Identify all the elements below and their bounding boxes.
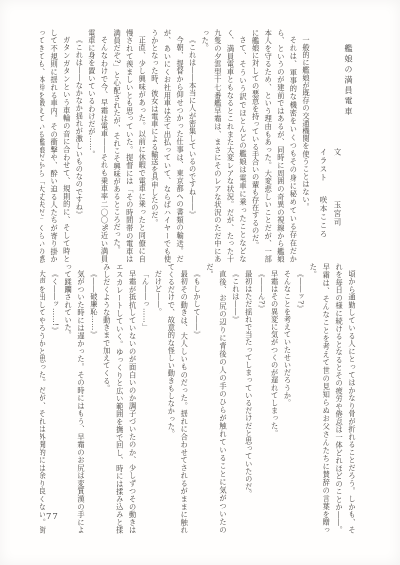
credits-block: 文玉宮司 イラスト咲本こころ	[316, 148, 344, 278]
story-paragraph: 正直、少し興味があった。以前に休暇で電車に乗ったと同僚に自慢されて羨ましいとも思…	[111, 29, 149, 263]
story-paragraph: 一般的に艦娘が既存の交通機関を使うことはない。	[299, 29, 312, 263]
page-number: 77	[46, 512, 59, 522]
story-paragraph: 直後、お尻の辺りに背後の人の手のひらが触れていることに気がついたのだ。	[203, 263, 229, 534]
story-paragraph: 《く――ッ……!》	[48, 263, 61, 534]
story-paragraph: 《これは――》	[229, 263, 242, 534]
story-paragraph: 大声を出してやろうかと思った。だが、それは外聞的には余り良くない。街中で艦娘が目…	[40, 263, 48, 534]
story-paragraph: 《――破廉恥……》	[87, 263, 100, 534]
story-paragraph: ガタンガタンという車輪の音に合わせて、規則的に、そして時として不規則に揺れる車内…	[40, 29, 73, 263]
credit-illust: イラスト咲本こころ	[316, 148, 330, 278]
story-paragraph: 「ん――っ……」	[139, 263, 152, 534]
book-page: 艦娘の満員電車 文玉宮司 イラスト咲本こころ 一般的に艦娘が既存の交通機関を使う…	[0, 0, 400, 565]
credit-illust-label: イラスト	[319, 148, 328, 182]
story-bottom-block: 頃から通勤している人にとってはかなり骨が折れることだろう。しかも、それを毎日の様…	[40, 263, 358, 534]
credit-illust-name: 咲本こころ	[319, 196, 328, 239]
story-paragraph: だけど――。	[152, 263, 165, 534]
credit-text: 文玉宮司	[330, 148, 344, 278]
story-paragraph: 頃から通勤している人にとってはかなり骨が折れることだろう。しかも、それを毎日の様…	[306, 263, 358, 534]
story-paragraph: 気がついた時には遅かった。その時にはもう、早霜のお尻は変質漢の手によって蹂躙され…	[61, 263, 87, 534]
story-paragraph: 今朝、提督から仰せつかった仕事は、東京都への書類の輸送。だが、あいにくお社用車は…	[148, 29, 186, 263]
story-paragraph: 早霜が抵抗していないのが面白いのか調子づいたのか、少しずつその動きはエスカレート…	[100, 263, 139, 534]
story-paragraph: 《――ッ?》	[293, 263, 306, 534]
story-paragraph: そんなことを考えていたせいだろうか。	[281, 263, 294, 534]
story-paragraph: 《これは――本当に人が密集しているのですね――》	[186, 29, 199, 263]
credit-text-label: 文	[333, 148, 342, 157]
story-paragraph: さて、そういう訳でほとんどの艦娘は電車に乗ったことなどなく、満員電車ともなるとこ…	[199, 29, 249, 263]
credit-text-name: 玉宮司	[333, 201, 342, 227]
story-paragraph: それは、軍事的な機密をいくつもその身に秘めている存在だから、というのが建前ではあ…	[249, 29, 299, 263]
story-paragraph: 《――ん?》	[255, 263, 268, 534]
story-paragraph: 《これは――なかなか揺れが激しいものなのですね》	[73, 29, 86, 263]
story-top-block: 一般的に艦娘が既存の交通機関を使うことはない。 それは、軍事的な機密をいくつもそ…	[40, 29, 312, 263]
story-paragraph: 最初その動きは、大人しいものだった。揺れに合わせてされるがままに触れてくるだけで…	[164, 263, 190, 534]
story-paragraph: 早霜はその異変に気がつくのが遅れてしまった。	[268, 263, 281, 534]
story-paragraph: 《もしかして――》	[190, 263, 203, 534]
page-title: 艦娘の満員電車	[343, 44, 354, 194]
story-paragraph: 最初はただ揺れで当たってしまっているだけだと思っていたのだ。	[242, 263, 255, 534]
story-paragraph: そんなわけで今、早霜は電車――それも乗車率二〇〇%近い満員電車に身を置いているわ…	[85, 29, 110, 263]
